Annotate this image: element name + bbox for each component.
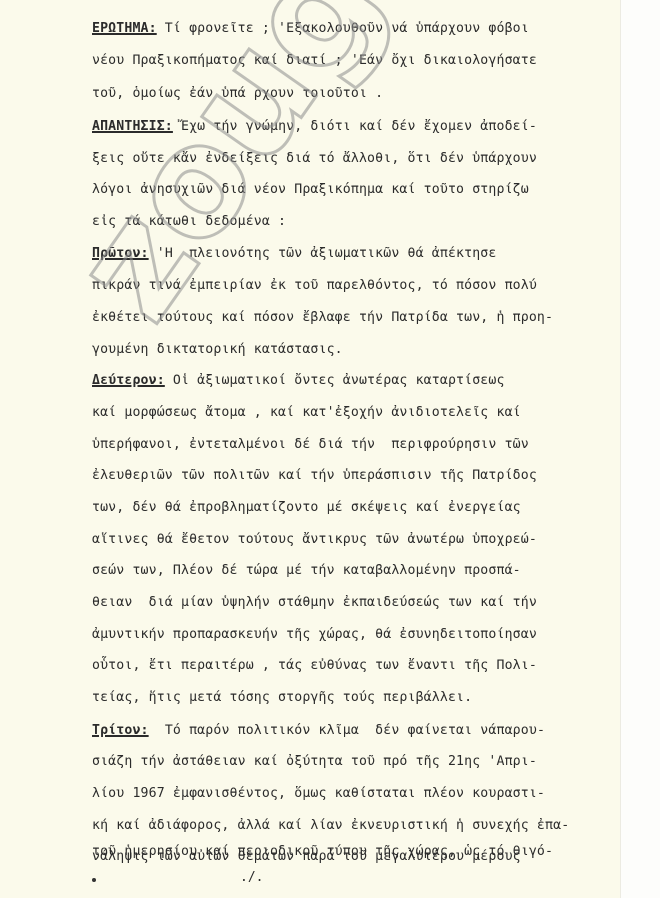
page-margin [620,0,660,898]
line-text: εἰς τά κάτωθι δεδομένα : [92,214,286,229]
section-heading: ΑΠΑΝΤΗΣΙΣ: [92,119,173,134]
text-line: λόγοι ἀνησυχιῶν διά νέον Πραξικόπημα καί… [92,181,529,199]
text-line: των, δέν θά ἐπροβληματίζοντο μέ σκέψεις … [92,499,521,517]
text-line: σεών των, Πλέον δέ τώρα μέ τήν καταβαλλο… [92,562,521,580]
line-text: πικράν τινά ἐμπειρίαν ἐκ τοῦ παρελθόντος… [92,278,537,293]
line-text: σιάζη τήν ἀστάθειαν καί ὀξύτητα τοῦ πρό … [92,754,537,769]
line-text: τείας, ἥτις μετά τόσης στοργῆς τούς περι… [92,690,472,705]
continuation-mark: ./. [240,870,263,885]
line-text: καί μορφώσεως ἄτομα , καί κατ'ἐξοχήν ἀνι… [92,405,521,420]
line-text: ἐλευθεριῶν τῶν πολιτῶν καί τήν ὑπεράσπισ… [92,468,537,483]
section-heading: ΕΡΩΤΗΜΑ: [92,21,157,36]
text-line: γουμένη δικτατορική κατάστασις. [92,341,343,359]
line-text: ὑπερήφανοι, ἐντεταλμένοι δέ διά τήν περι… [92,437,529,452]
text-line: καί μορφώσεως ἄτομα , καί κατ'ἐξοχήν ἀνι… [92,404,521,422]
text-line: ξεις οὔτε κἄν ἐνδείξεις διά τό ἄλλοθι, ὅ… [92,150,537,168]
line-text: νέου Πραξικοπήματος καί διατί ; 'Εάν ὄχι… [92,53,537,68]
line-text: γουμένη δικτατορική κατάστασις. [92,342,343,357]
text-line: ΕΡΩΤΗΜΑ: Τί φρονεῖτε ; 'Εξακολουθοῦν νά … [92,20,529,38]
text-line: ἐλευθεριῶν τῶν πολιτῶν καί τήν ὑπεράσπισ… [92,467,537,485]
line-text: Ἔχω τήν γνώμην, διότι καί δέν ἔχομεν ἀπο… [173,119,537,134]
text-line: Πρῶτον: 'Η πλειονότης τῶν ἀξιωματικῶν θά… [92,245,497,263]
text-line: ΑΠΑΝΤΗΣΙΣ: Ἔχω τήν γνώμην, διότι καί δέν… [92,118,537,136]
line-text: τοῦ, ὁμοίως ἐάν ὑπά ρχουν τοιοῦτοι . [92,86,383,101]
ink-dot [92,878,96,882]
text-line: Δεύτερον: Οἱ ἀξιωματικοί ὄντες ἀνωτέρας … [92,372,505,390]
text-line: Τρίτον: Τό παρόν πολιτικόν κλῖμα δέν φαί… [92,722,545,740]
text-line: πικράν τινά ἐμπειρίαν ἐκ τοῦ παρελθόντος… [92,277,537,295]
line-text: Οἱ ἀξιωματικοί ὄντες ἀνωτέρας καταρτίσεω… [165,373,505,388]
section-heading: Δεύτερον: [92,373,165,388]
text-line: τοῦ, ὁμοίως ἐάν ὑπά ρχουν τοιοῦτοι . [92,85,383,103]
text-line: εἰς τά κάτωθι δεδομένα : [92,213,286,231]
line-text: Τί φρονεῖτε ; 'Εξακολουθοῦν νά ὑπάρχουν … [157,21,529,36]
line-text: οὗτοι, ἔτι περαιτέρω , τάς εὐθύνας των ἔ… [92,658,537,673]
text-line: κή καί ἀδιάφορος, ἀλλά καί λίαν ἐκνευρισ… [92,817,569,835]
text-line: ἀμυντικήν προπαρασκευήν τῆς χώρας, θά ἐσ… [92,626,537,644]
line-text: ξεις οὔτε κἄν ἐνδείξεις διά τό ἄλλοθι, ὅ… [92,151,537,166]
text-line: ἐκθέτει τούτους καί πόσον ἔβλαφε τήν Πατ… [92,309,553,327]
line-text: λίου 1967 ἐμφανισθέντος, ὅμως καθίσταται… [92,786,545,801]
text-line: νέου Πραξικοπήματος καί διατί ; 'Εάν ὄχι… [92,52,537,70]
line-text: 'Η πλειονότης τῶν ἀξιωματικῶν θά ἀπέκτησ… [149,246,497,261]
line-text: ἀμυντικήν προπαρασκευήν τῆς χώρας, θά ἐσ… [92,627,537,642]
line-text: αἵτινες θά ἔθετον τούτους ἄντικρυς τῶν ἀ… [92,532,537,547]
line-text: τοῦ ἡμερησίου καί περιοδικοῦ τύπου τῆς χ… [92,844,553,859]
section-heading: Πρῶτον: [92,246,149,261]
text-line: σιάζη τήν ἀστάθειαν καί ὀξύτητα τοῦ πρό … [92,753,537,771]
text-line: ὑπερήφανοι, ἐντεταλμένοι δέ διά τήν περι… [92,436,529,454]
text-line: τείας, ἥτις μετά τόσης στοργῆς τούς περι… [92,689,472,707]
text-line: τοῦ ἡμερησίου καί περιοδικοῦ τύπου τῆς χ… [92,843,553,861]
text-line: αἵτινες θά ἔθετον τούτους ἄντικρυς τῶν ἀ… [92,531,537,549]
text-line: οὗτοι, ἔτι περαιτέρω , τάς εὐθύνας των ἔ… [92,657,537,675]
line-text: σεών των, Πλέον δέ τώρα μέ τήν καταβαλλο… [92,563,521,578]
text-line: λίου 1967 ἐμφανισθέντος, ὅμως καθίσταται… [92,785,545,803]
line-text: ἐκθέτει τούτους καί πόσον ἔβλαφε τήν Πατ… [92,310,553,325]
line-text: θειαν διά μίαν ὑψηλήν στάθμην ἐκπαιδεύσε… [92,595,537,610]
line-text: κή καί ἀδιάφορος, ἀλλά καί λίαν ἐκνευρισ… [92,818,569,833]
text-line: θειαν διά μίαν ὑψηλήν στάθμην ἐκπαιδεύσε… [92,594,537,612]
section-heading: Τρίτον: [92,723,149,738]
line-text: λόγοι ἀνησυχιῶν διά νέον Πραξικόπημα καί… [92,182,529,197]
line-text: Τό παρόν πολιτικόν κλῖμα δέν φαίνεται νά… [149,723,545,738]
line-text: των, δέν θά ἐπροβληματίζοντο μέ σκέψεις … [92,500,521,515]
